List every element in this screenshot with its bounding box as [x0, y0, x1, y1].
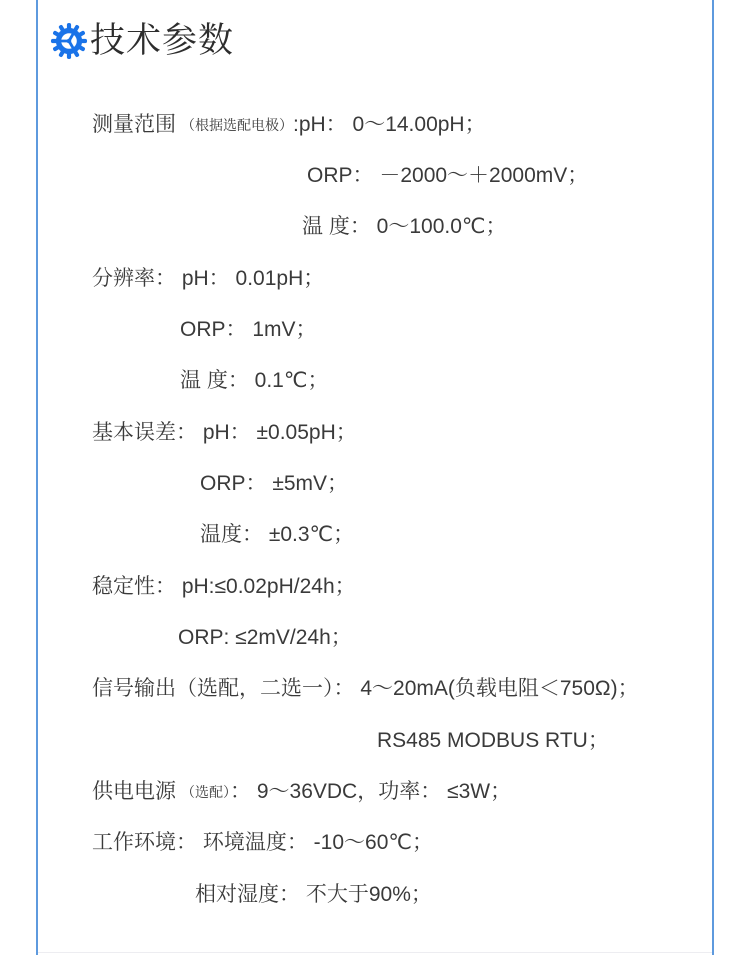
spec-value: ORP： 1mV；	[180, 318, 317, 341]
spec-row-signal-output: 信号输出（选配，二选一）： 4～20mA(负载电阻＜750Ω)；	[92, 676, 639, 702]
spec-row-basic-error-temp: 温度： ±0.3℃；	[200, 522, 354, 548]
spec-row-basic-error: 基本误差： pH： ±0.05pH；	[92, 420, 357, 446]
spec-row-resolution-temp: 温 度： 0.1℃；	[180, 368, 328, 394]
spec-note: （根据选配电极）	[181, 117, 293, 133]
spec-row-measure-range-temp: 温 度： 0～100.0℃；	[302, 214, 506, 240]
bottom-divider	[38, 952, 712, 953]
spec-value: RS485 MODBUS RTU；	[377, 729, 609, 752]
spec-row-resolution-orp: ORP： 1mV；	[180, 317, 317, 343]
spec-row-power-supply: 供电电源（选配）： 9～36VDC，功率： ≤3W；	[92, 779, 511, 805]
spec-row-measure-range-orp: ORP： －2000～＋2000mV；	[307, 163, 588, 189]
spec-note: （选配）	[181, 784, 230, 800]
spec-row-stability-orp: ORP: ≤2mV/24h；	[178, 625, 352, 651]
spec-row-basic-error-orp: ORP： ±5mV；	[200, 471, 348, 497]
spec-value: 信号输出（选配，二选一）： 4～20mA(负载电阻＜750Ω)；	[92, 677, 639, 700]
spec-row-relative-humidity: 相对湿度： 不大于90%；	[195, 882, 432, 908]
spec-value: ： 9～36VDC，功率： ≤3W；	[230, 780, 511, 803]
spec-row-signal-output-rs485: RS485 MODBUS RTU；	[377, 728, 609, 754]
spec-value: ORP： －2000～＋2000mV；	[307, 164, 588, 187]
spec-value: :pH： 0～14.00pH；	[293, 113, 486, 136]
spec-value: 温度： ±0.3℃；	[200, 523, 354, 546]
spec-row-stability: 稳定性： pH:≤0.02pH/24h；	[92, 574, 356, 600]
spec-value: 温 度： 0～100.0℃；	[302, 215, 506, 238]
spec-row-work-environment: 工作环境： 环境温度： -10～60℃；	[92, 830, 433, 856]
gear-icon	[50, 22, 88, 60]
section-header: 技术参数	[50, 20, 234, 62]
spec-value: 工作环境： 环境温度： -10～60℃；	[92, 831, 433, 854]
spec-row-measure-range: 测量范围（根据选配电极）:pH： 0～14.00pH；	[92, 112, 486, 138]
spec-value: 稳定性： pH:≤0.02pH/24h；	[92, 575, 356, 598]
spec-value: ORP： ±5mV；	[200, 472, 348, 495]
right-border-line	[712, 0, 714, 955]
left-border-line	[36, 0, 38, 955]
spec-value: 相对湿度： 不大于90%；	[195, 883, 432, 906]
spec-row-resolution: 分辨率： pH： 0.01pH；	[92, 266, 324, 292]
spec-value: 温 度： 0.1℃；	[180, 369, 328, 392]
spec-label: 测量范围	[92, 113, 176, 136]
spec-value: 基本误差： pH： ±0.05pH；	[92, 421, 357, 444]
page-title: 技术参数	[90, 20, 234, 62]
spec-value: 分辨率： pH： 0.01pH；	[92, 267, 324, 290]
spec-value: ORP: ≤2mV/24h；	[178, 626, 352, 649]
spec-label: 供电电源	[92, 780, 176, 803]
